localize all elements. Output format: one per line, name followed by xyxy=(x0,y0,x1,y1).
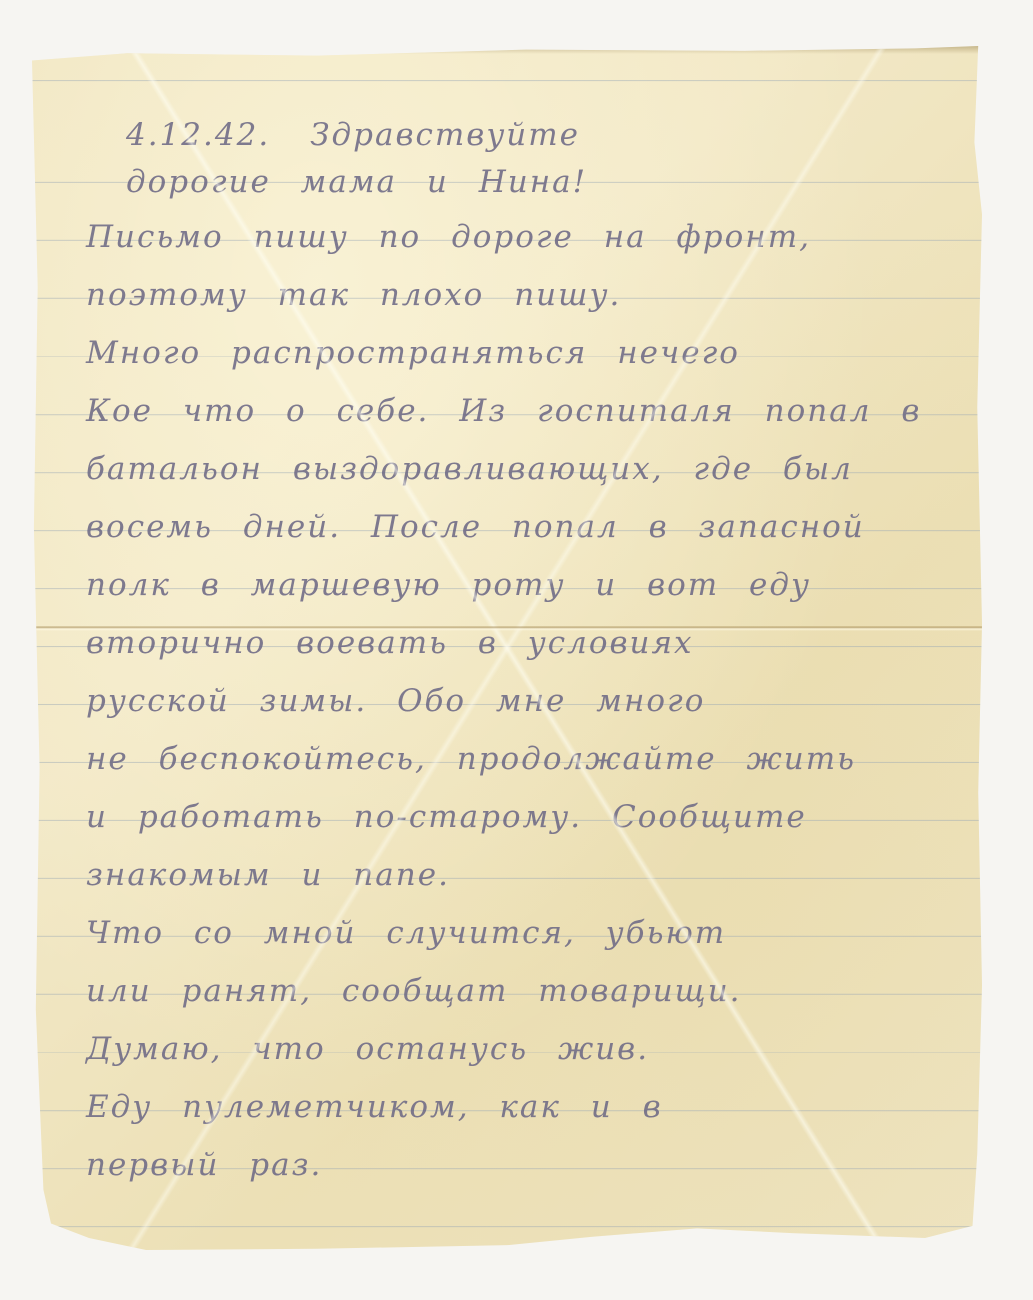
letter-date: 4.12.42. xyxy=(126,117,270,153)
letter-line: Думаю, что останусь жив. xyxy=(86,1020,966,1078)
letter-line: Что со мной случится, убьют xyxy=(86,904,966,962)
letter-line: полк в маршевую роту и вот еду xyxy=(86,556,966,614)
letter-line: батальон выздоравливающих, где был xyxy=(86,440,966,498)
letter-line: и работать по-старому. Сообщите xyxy=(86,788,966,846)
letter-paper: 4.12.42.Здравствуйте дорогие мама и Нина… xyxy=(32,46,982,1250)
letter-line: или ранят, сообщат товарищи. xyxy=(86,962,966,1020)
letter-line: Еду пулеметчиком, как и в xyxy=(86,1078,966,1136)
letter-line: восемь дней. После попал в запасной xyxy=(86,498,966,556)
letter-line: первый раз. xyxy=(86,1136,966,1194)
salutation-hello: Здравствуйте xyxy=(310,117,580,153)
letter-body: Письмо пишу по дороге на фронт,поэтому т… xyxy=(86,208,966,1194)
letter-line: русской зимы. Обо мне много xyxy=(86,672,966,730)
date-line: 4.12.42.Здравствуйте xyxy=(86,106,966,164)
letter-text: 4.12.42.Здравствуйте дорогие мама и Нина… xyxy=(86,106,966,1194)
salutation-recipients: дорогие мама и Нина! xyxy=(86,164,966,208)
letter-line: Много распространяться нечего xyxy=(86,324,966,382)
letter-line: вторично воевать в условиях xyxy=(86,614,966,672)
letter-line: знакомым и папе. xyxy=(86,846,966,904)
letter-line: Кое что о себе. Из госпиталя попал в xyxy=(86,382,966,440)
letter-line: не беспокойтесь, продолжайте жить xyxy=(86,730,966,788)
letter-line: поэтому так плохо пишу. xyxy=(86,266,966,324)
letter-line: Письмо пишу по дороге на фронт, xyxy=(86,208,966,266)
